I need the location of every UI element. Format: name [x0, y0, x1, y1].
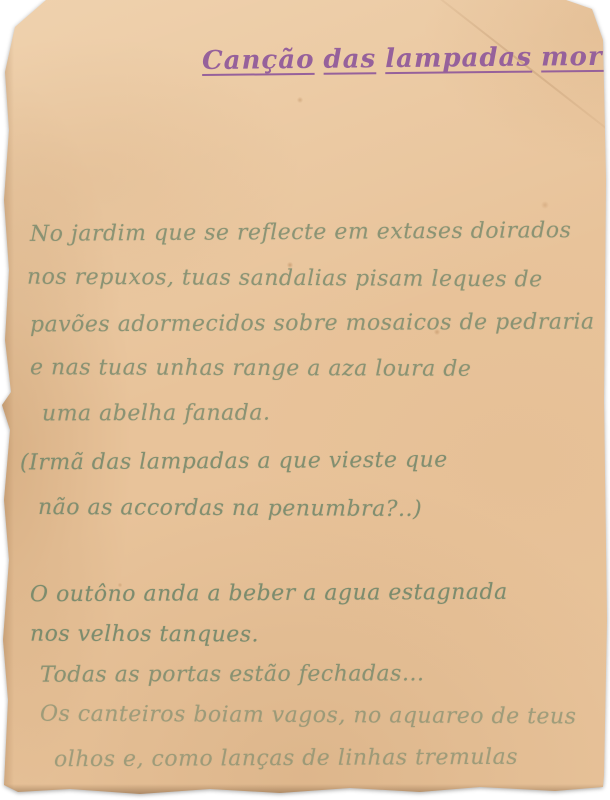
poem-title-word: das	[323, 44, 376, 75]
poem-line: pavões adormecidos sobre mosaicos de ped…	[30, 310, 595, 338]
scanned-document: Cançãodaslampadasmortas. No jardim que s…	[0, 0, 610, 800]
poem-line: No jardim que se reflecte em extases doi…	[30, 218, 572, 247]
poem-line: O outôno anda a beber a agua estagnada	[30, 580, 508, 608]
manuscript-page: Cançãodaslampadasmortas. No jardim que s…	[0, 0, 610, 800]
poem-line: não as accordas na penumbra?..)	[38, 495, 422, 522]
poem-line: e nas tuas unhas range a aza loura de	[30, 355, 471, 382]
poem-title-word: mortas.	[541, 41, 610, 72]
poem-line: olhos e, como lanças de linhas tremulas	[54, 745, 518, 772]
paper-crease	[401, 0, 610, 154]
poem-line: Todas as portas estão fechadas...	[40, 661, 425, 687]
poem-line: nos repuxos, tuas sandalias pisam leques…	[27, 265, 543, 293]
poem-line: (Irmã das lampadas a que vieste que	[20, 448, 448, 476]
poem-line: uma abelha fanada.	[42, 401, 271, 427]
poem-title: Cançãodaslampadasmortas.	[202, 42, 592, 76]
poem-title-word: Canção	[202, 45, 315, 76]
poem-title-word: lampadas	[385, 43, 532, 75]
poem-line: Os canteiros boiam vagos, no aquareo de …	[40, 702, 577, 730]
poem-line: nos velhos tanques.	[30, 622, 259, 648]
